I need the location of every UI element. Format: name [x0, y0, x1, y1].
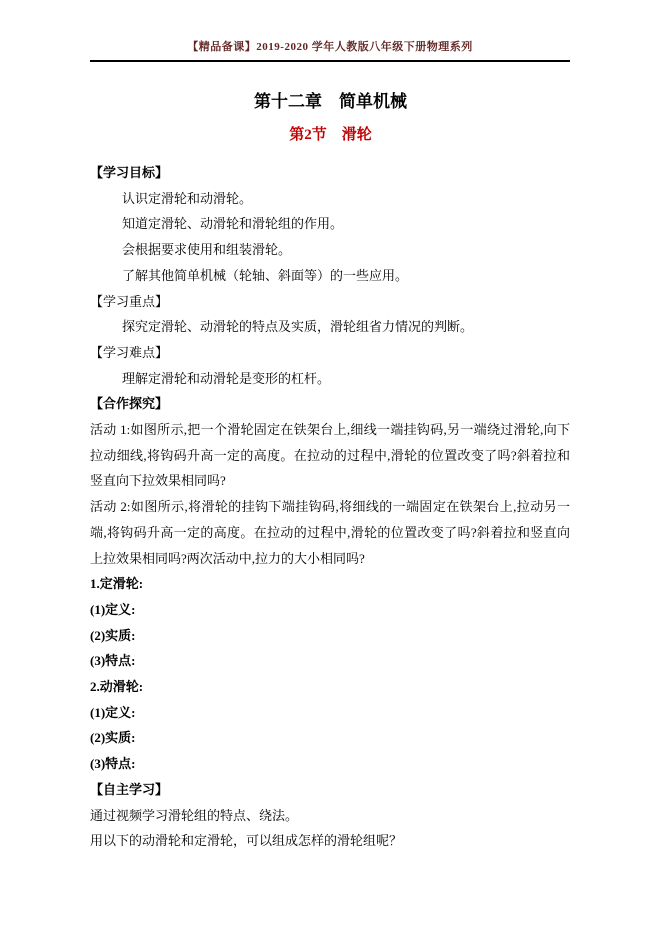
- outline-item-features: (3)特点:: [90, 648, 570, 674]
- key-points-text: 探究定滑轮、动滑轮的特点及实质，滑轮组省力情况的判断。: [90, 314, 570, 340]
- learning-goal-item: 了解其他简单机械（轮轴、斜面等）的一些应用。: [90, 263, 570, 289]
- outline-item-definition: (1)定义:: [90, 597, 570, 623]
- learning-goal-item: 会根据要求使用和组装滑轮。: [90, 237, 570, 263]
- heading-key-points: 【学习重点】: [90, 289, 570, 315]
- document-body: 【学习目标】 认识定滑轮和动滑轮。 知道定滑轮、动滑轮和滑轮组的作用。 会根据要…: [90, 160, 570, 854]
- learning-goal-item: 知道定滑轮、动滑轮和滑轮组的作用。: [90, 211, 570, 237]
- heading-difficulties: 【学习难点】: [90, 340, 570, 366]
- learning-goal-item: 认识定滑轮和动滑轮。: [90, 186, 570, 212]
- outline-item-movable-pulley: 2.动滑轮:: [90, 674, 570, 700]
- outline-item-definition: (1)定义:: [90, 700, 570, 726]
- activity-2-paragraph: 活动 2:如图所示,将滑轮的挂钩下端挂钩码,将细线的一端固定在铁架台上,拉动另一…: [90, 494, 570, 571]
- self-study-text: 通过视频学习滑轮组的特点、绕法。: [90, 803, 570, 829]
- document-series-header: 【精品备课】2019-2020 学年人教版八年级下册物理系列: [90, 0, 570, 62]
- chapter-title: 第十二章 简单机械: [0, 87, 661, 112]
- outline-item-fixed-pulley: 1.定滑轮:: [90, 571, 570, 597]
- heading-self-study: 【自主学习】: [90, 777, 570, 803]
- section-title: 第2节 滑轮: [0, 123, 661, 144]
- self-study-question: 用以下的动滑轮和定滑轮，可以组成怎样的滑轮组呢？: [90, 828, 570, 854]
- outline-item-essence: (2)实质:: [90, 623, 570, 649]
- heading-cooperative-inquiry: 【合作探究】: [90, 391, 570, 417]
- heading-learning-goals: 【学习目标】: [90, 160, 570, 186]
- difficulties-text: 理解定滑轮和动滑轮是变形的杠杆。: [90, 366, 570, 392]
- outline-item-essence: (2)实质:: [90, 725, 570, 751]
- activity-1-paragraph: 活动 1:如图所示,把一个滑轮固定在铁架台上,细线一端挂钩码,另一端绕过滑轮,向…: [90, 417, 570, 494]
- document-page: 【精品备课】2019-2020 学年人教版八年级下册物理系列 第十二章 简单机械…: [0, 0, 661, 935]
- outline-item-features: (3)特点:: [90, 751, 570, 777]
